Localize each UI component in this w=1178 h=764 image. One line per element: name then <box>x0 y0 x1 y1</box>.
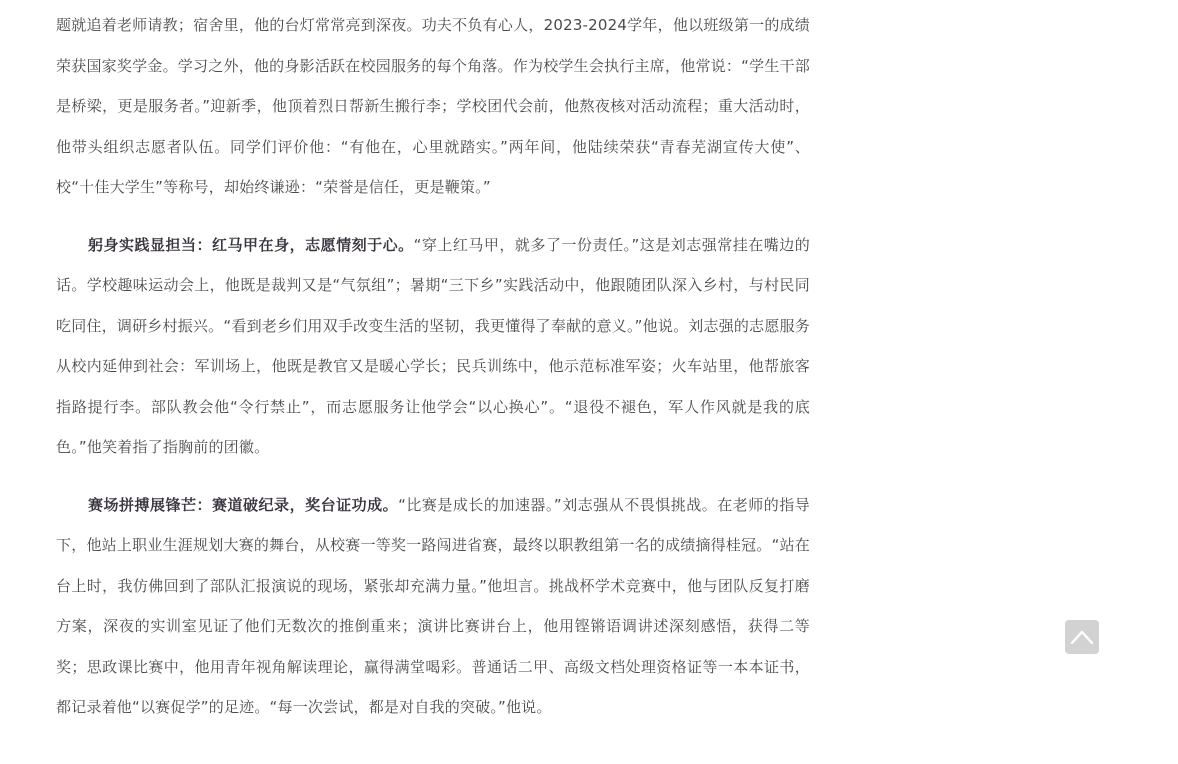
paragraph-text: “比赛是成长的加速器。”刘志强从不畏惧挑战。在老师的指导下，他站上职业生涯规划大… <box>56 496 810 717</box>
article-paragraph-2: 躬身实践显担当：红马甲在身，志愿情刻于心。“穿上红马甲，就多了一份责任。”这是刘… <box>56 225 810 468</box>
chevron-up-icon <box>1070 629 1094 645</box>
paragraph-text: “穿上红马甲，就多了一份责任。”这是刘志强常挂在嘴边的话。学校趣味运动会上，他既… <box>56 236 810 457</box>
article-paragraph-3: 赛场拼搏展锋芒：赛道破纪录，奖台证功成。“比赛是成长的加速器。”刘志强从不畏惧挑… <box>56 485 810 728</box>
article-paragraph-1: 题就追着老师请教；宿舍里，他的台灯常常亮到深夜。功夫不负有心人，2023-202… <box>56 5 810 208</box>
back-to-top-button[interactable] <box>1065 620 1099 654</box>
paragraph-lead-heading: 躬身实践显担当：红马甲在身，志愿情刻于心。 <box>88 236 414 254</box>
paragraph-lead-heading: 赛场拼搏展锋芒：赛道破纪录，奖台证功成。 <box>88 496 398 514</box>
article-body: 题就追着老师请教；宿舍里，他的台灯常常亮到深夜。功夫不负有心人，2023-202… <box>56 5 810 745</box>
paragraph-text: 题就追着老师请教；宿舍里，他的台灯常常亮到深夜。功夫不负有心人，2023-202… <box>56 16 810 196</box>
